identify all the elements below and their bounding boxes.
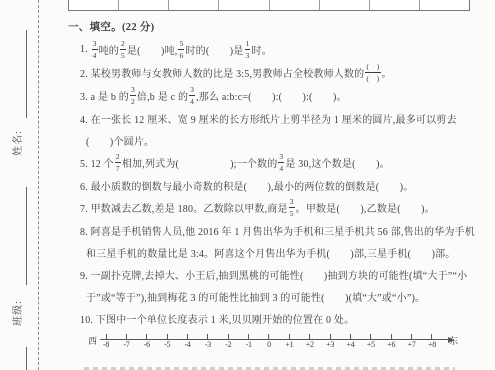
score-table-cell — [119, 0, 169, 10]
fraction: 32 — [130, 85, 136, 106]
score-table-cell — [169, 0, 219, 10]
fraction: 35 — [289, 197, 295, 218]
question-4-line-2: ( )个圆片。 — [68, 130, 478, 150]
question-text: 8. 阿喜是手机销售人员,他 2016 年 1 月售出华为手机和三星手机共 56… — [80, 223, 475, 238]
question-text: 6. 最小质数的倒数与最小奇数的积是( ),最小的两位数的倒数是( )。 — [80, 178, 413, 193]
question-text: ( )个圆片。 — [86, 133, 154, 148]
numberline-tick-+1: +1 — [285, 334, 293, 350]
numberline-tick--7: -7 — [123, 334, 129, 350]
fraction: 34 — [92, 39, 98, 60]
fraction-numerator: 5 — [178, 39, 184, 50]
question-text: 9. 一副扑克牌,去掉大、小王后,抽到黑桃的可能性( )抽到方块的可能性(填“大… — [80, 267, 467, 282]
fraction-denominator: 4 — [278, 163, 284, 173]
questions: 1. 34吨的25是( )吨,56时的( )是13时。2. 某校男教师与女教师人… — [68, 39, 478, 328]
binding-fold-dashed-line — [38, 0, 39, 370]
fraction: 25 — [120, 39, 126, 60]
fraction-denominator: 2 — [130, 96, 136, 106]
question-text: 时。 — [251, 42, 271, 57]
question-section: 一、填空。(22 分) 1. 34吨的25是( )吨,56时的( )是13时。2… — [68, 16, 478, 356]
margin-write-line — [26, 347, 27, 370]
score-table-cell — [219, 0, 269, 10]
fraction-numerator: 3 — [92, 39, 98, 50]
fraction: 56 — [178, 39, 184, 60]
question-text: 吨的 — [99, 42, 119, 57]
question-5-line-1: 5. 12 个27相加,列式为( );一个数的34是 30,这个数是( )。 — [68, 152, 478, 173]
tick-label: +7 — [408, 340, 416, 350]
numberline-track: -8-7-6-5-4-3-2-10+1+2+3+4+5+6+7+8 — [106, 334, 432, 356]
question-9-line-2: 于”或“等于”),抽到梅花 3 的可能性比抽到 3 的可能性( )(填“大”或“… — [68, 286, 478, 306]
fraction-numerator: ( ) — [365, 62, 380, 73]
question-text: 是 30,这个数是( )。 — [285, 155, 389, 170]
tick-label: +6 — [387, 340, 395, 350]
score-table-cell — [370, 0, 420, 10]
numberline-tick-+8: +8 — [428, 334, 436, 350]
fraction: 27 — [115, 152, 121, 173]
fraction-denominator: 4 — [92, 50, 98, 60]
tick-label: -2 — [225, 340, 231, 350]
tick-label: -5 — [164, 340, 170, 350]
class-label: 班级: — [9, 292, 23, 334]
question-2-line-1: 2. 某校男教师与女教师人数的比是 3:5,男教师占全校教师人数的( )( )。 — [68, 62, 478, 83]
tick-label: -3 — [205, 340, 211, 350]
numberline-tick-+3: +3 — [326, 334, 334, 350]
question-text: 和三星手机的数量比是 3:4。阿喜这个月售出华为手机( )部,三星手机( )部。 — [86, 245, 456, 260]
tick-label: 0 — [267, 340, 271, 350]
numberline-tick--4: -4 — [184, 334, 190, 350]
fraction-denominator: 5 — [289, 208, 295, 218]
question-text: 。 — [382, 65, 392, 80]
question-text: 于”或“等于”),抽到梅花 3 的可能性比抽到 3 的可能性( )(填“大”或“… — [86, 289, 425, 304]
east-label: 东 — [449, 334, 458, 347]
tick-label: +2 — [306, 340, 314, 350]
tick-label: -4 — [184, 340, 190, 350]
fraction-denominator: 4 — [189, 96, 195, 106]
question-text: 。甲数是( ),乙数是( )。 — [296, 200, 435, 215]
fraction-numerator: 2 — [115, 152, 121, 163]
question-1-line-1: 1. 34吨的25是( )吨,56时的( )是13时。 — [68, 39, 478, 60]
fraction-numerator: 2 — [120, 39, 126, 50]
fraction: ( )( ) — [365, 62, 380, 83]
question-10-line-1: 10. 下图中一个单位长度表示 1 米,贝贝刚开始的位置在 0 处。 — [68, 308, 478, 328]
fraction-numerator: 3 — [189, 85, 195, 96]
name-label: 姓名: — [9, 122, 23, 164]
tick-label: -8 — [103, 340, 109, 350]
numberline-tick-+4: +4 — [347, 334, 355, 350]
question-text: 倍,b 是 c 的 — [137, 88, 188, 103]
numberline-tick-+2: +2 — [306, 334, 314, 350]
tick-label: -6 — [144, 340, 150, 350]
numberline-tick--8: -8 — [103, 334, 109, 350]
fraction-denominator: ( ) — [365, 73, 380, 83]
tick-label: +4 — [347, 340, 355, 350]
west-label: 西 — [88, 334, 97, 347]
score-table-cell — [270, 0, 320, 10]
question-text: 2. 某校男教师与女教师人数的比是 3:5,男教师占全校教师人数的 — [80, 65, 364, 80]
section-heading: 一、填空。(22 分) — [68, 16, 478, 36]
numberline-tick-+5: +5 — [367, 334, 375, 350]
numberline-axis — [100, 339, 448, 340]
fraction-denominator: 7 — [115, 163, 121, 173]
question-text: 7. 甲数减去乙数,差是 180。乙数除以甲数,商是 — [80, 200, 288, 215]
tick-label: +3 — [326, 340, 334, 350]
numberline-tick--3: -3 — [205, 334, 211, 350]
question-4-line-1: 4. 在一张长 12 厘米、宽 9 厘米的长方形纸片上剪半径为 1 厘米的圆片,… — [68, 108, 478, 128]
score-table-cell — [69, 0, 119, 10]
numberline-tick--1: -1 — [246, 334, 252, 350]
question-8-line-1: 8. 阿喜是手机销售人员,他 2016 年 1 月售出华为手机和三星手机共 56… — [68, 220, 478, 240]
question-6-line-1: 6. 最小质数的倒数与最小奇数的积是( ),最小的两位数的倒数是( )。 — [68, 175, 478, 195]
question-text: 1. — [80, 44, 91, 55]
name-write-line — [26, 30, 27, 118]
question-text: 5. 12 个 — [80, 155, 114, 170]
fraction-numerator: 1 — [245, 39, 251, 50]
numberline-tick--5: -5 — [164, 334, 170, 350]
fraction: 34 — [189, 85, 195, 106]
tick-label: +5 — [367, 340, 375, 350]
fraction-denominator: 5 — [120, 50, 126, 60]
score-table — [68, 0, 470, 11]
question-text: ,那么 a:b:c=( ):( ):( )。 — [196, 88, 347, 103]
tick-label: -1 — [246, 340, 252, 350]
question-3-line-1: 3. a 是 b 的32倍,b 是 c 的34,那么 a:b:c=( ):( )… — [68, 85, 478, 106]
fraction: 13 — [245, 39, 251, 60]
question-text: 4. 在一张长 12 厘米、宽 9 厘米的长方形纸片上剪半径为 1 厘米的圆片,… — [80, 111, 457, 126]
question-text: 时的( )是 — [185, 42, 243, 57]
question-7-line-1: 7. 甲数减去乙数,差是 180。乙数除以甲数,商是35。甲数是( ),乙数是(… — [68, 197, 478, 218]
score-table-cell — [420, 0, 469, 10]
score-table-cell — [320, 0, 370, 10]
fraction-numerator: 3 — [130, 85, 136, 96]
question-text: 相加,列式为( );一个数的 — [122, 155, 278, 170]
tick-label: -7 — [123, 340, 129, 350]
numberline-tick-0: 0 — [267, 334, 271, 350]
question-9-line-1: 9. 一副扑克牌,去掉大、小王后,抽到黑桃的可能性( )抽到方块的可能性(填“大… — [68, 264, 478, 284]
question-text: 3. a 是 b 的 — [80, 88, 129, 103]
fraction: 34 — [278, 152, 284, 173]
question-text: 是( )吨, — [127, 42, 178, 57]
numberline-tick-+7: +7 — [408, 334, 416, 350]
question-8-line-2: 和三星手机的数量比是 3:4。阿喜这个月售出华为手机( )部,三星手机( )部。 — [68, 242, 478, 262]
tick-label: +1 — [285, 340, 293, 350]
question-text: 10. 下图中一个单位长度表示 1 米,贝贝刚开始的位置在 0 处。 — [80, 311, 354, 326]
numberline-tick--6: -6 — [144, 334, 150, 350]
tick-label: +8 — [428, 340, 436, 350]
test-paper-page: 姓名: 班级: 一、填空。(22 分) 1. 34吨的25是( )吨,56时的(… — [0, 0, 495, 370]
numberline-tick--2: -2 — [225, 334, 231, 350]
numberline-figure: 西 -8-7-6-5-4-3-2-10+1+2+3+4+5+6+7+8 东 — [88, 334, 458, 356]
class-write-line — [26, 187, 27, 285]
fraction-numerator: 3 — [278, 152, 284, 163]
fraction-denominator: 3 — [245, 50, 251, 60]
fraction-denominator: 6 — [178, 50, 184, 60]
numberline-tick-+6: +6 — [387, 334, 395, 350]
fraction-numerator: 3 — [289, 197, 295, 208]
